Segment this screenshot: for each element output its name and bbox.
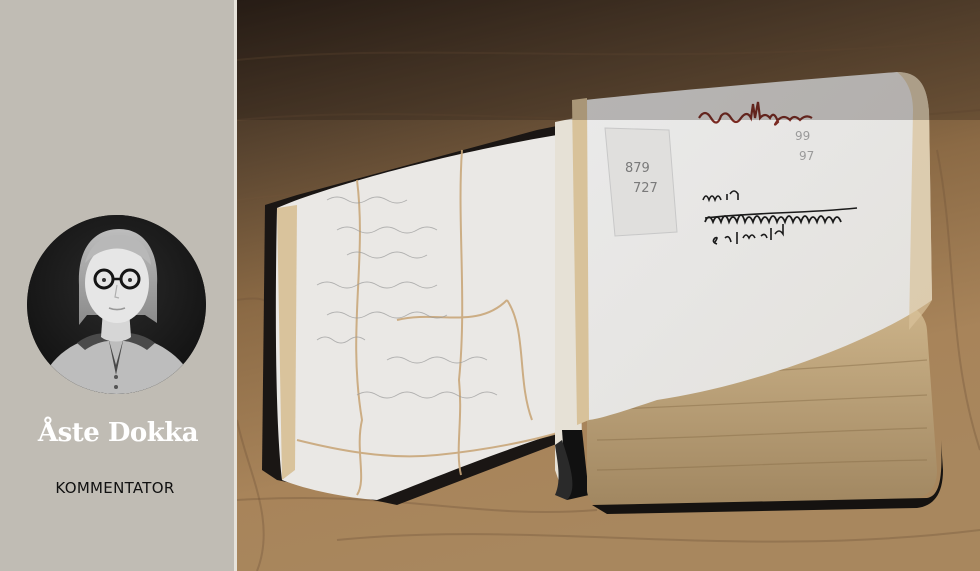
portrait-image [27,215,206,394]
author-role: KOMMENTATOR [0,479,230,497]
page-number-99: 99 [795,129,810,143]
author-avatar [27,215,206,394]
box-number-1: 879 [625,161,650,176]
article-photo: 879 727 99 97 [237,0,980,571]
box-number-2: 727 [633,181,658,196]
author-name: Åste Dokka [0,418,236,448]
hymn-book-photo: 879 727 99 97 [237,0,980,571]
author-sidebar: Åste Dokka KOMMENTATOR [0,0,236,571]
page-number-97: 97 [799,149,814,163]
